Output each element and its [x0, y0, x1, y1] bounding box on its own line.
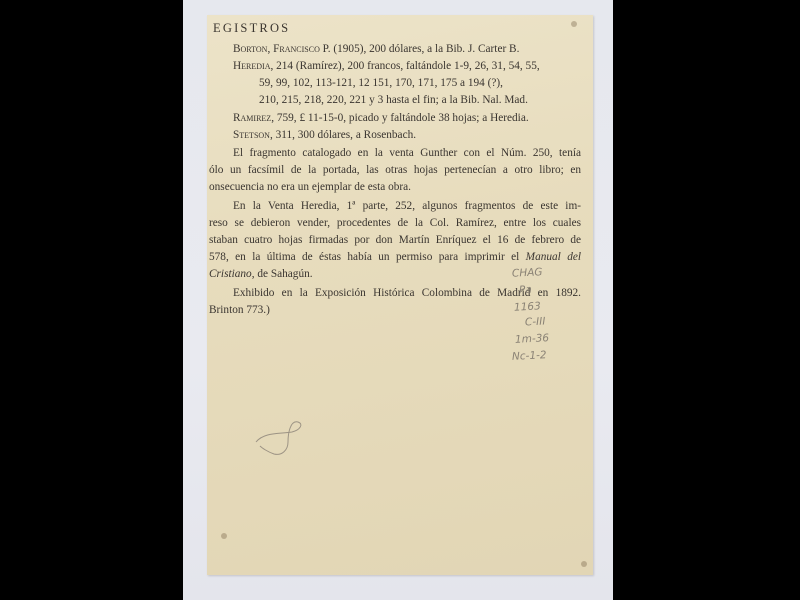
pinhole-mark — [581, 561, 587, 567]
registry-entry: Heredia, 214 (Ramírez), 200 francos, fal… — [233, 59, 540, 75]
registry-entry: Stetson, 311, 300 dólares, a Rosenbach. — [233, 128, 416, 144]
paragraph-line: ólo un facsímil de la portada, las otras… — [209, 163, 581, 179]
pinhole-mark — [221, 533, 227, 539]
registry-entry-continued: 59, 99, 102, 113-121, 12 151, 170, 171, … — [259, 76, 503, 92]
registry-entry: Borton, Francisco P. (1905), 200 dólares… — [233, 42, 519, 58]
paragraph-line: onsecuencia no era un ejemplar de esta o… — [209, 180, 581, 196]
paragraph-line: reso se debieron vender, procedentes de … — [209, 216, 581, 232]
paragraph-line: El fragmento catalogado en la venta Gunt… — [209, 146, 581, 162]
handwritten-note: C-III — [525, 315, 546, 328]
section-heading: EGISTROS — [213, 21, 290, 37]
pinhole-mark — [571, 21, 577, 27]
book-title: Manual del — [526, 251, 581, 263]
registry-entry-continued: 210, 215, 218, 220, 221 y 3 hasta el fin… — [259, 93, 528, 109]
handwritten-note: 1m-36 — [515, 332, 550, 346]
paragraph-line: En la Venta Heredia, 1ª parte, 252, algu… — [209, 199, 581, 215]
document-page: EGISTROS Borton, Francisco P. (1905), 20… — [207, 15, 593, 575]
handwritten-note: 1163 — [514, 300, 541, 313]
handwritten-note: CHAG — [512, 266, 543, 280]
paragraph-line: staban cuatro hojas firmadas por don Mar… — [209, 233, 581, 249]
handwritten-note: Nc-1-2 — [512, 349, 547, 363]
book-title: Cristiano — [209, 268, 252, 280]
signature-scribble-icon — [252, 420, 312, 465]
handwritten-note: Pa — [519, 284, 532, 297]
paragraph-line: 578, en la última de éstas había un perm… — [209, 250, 581, 266]
registry-entry: Ramirez, 759, £ 11-15-0, picado y faltán… — [233, 111, 529, 127]
